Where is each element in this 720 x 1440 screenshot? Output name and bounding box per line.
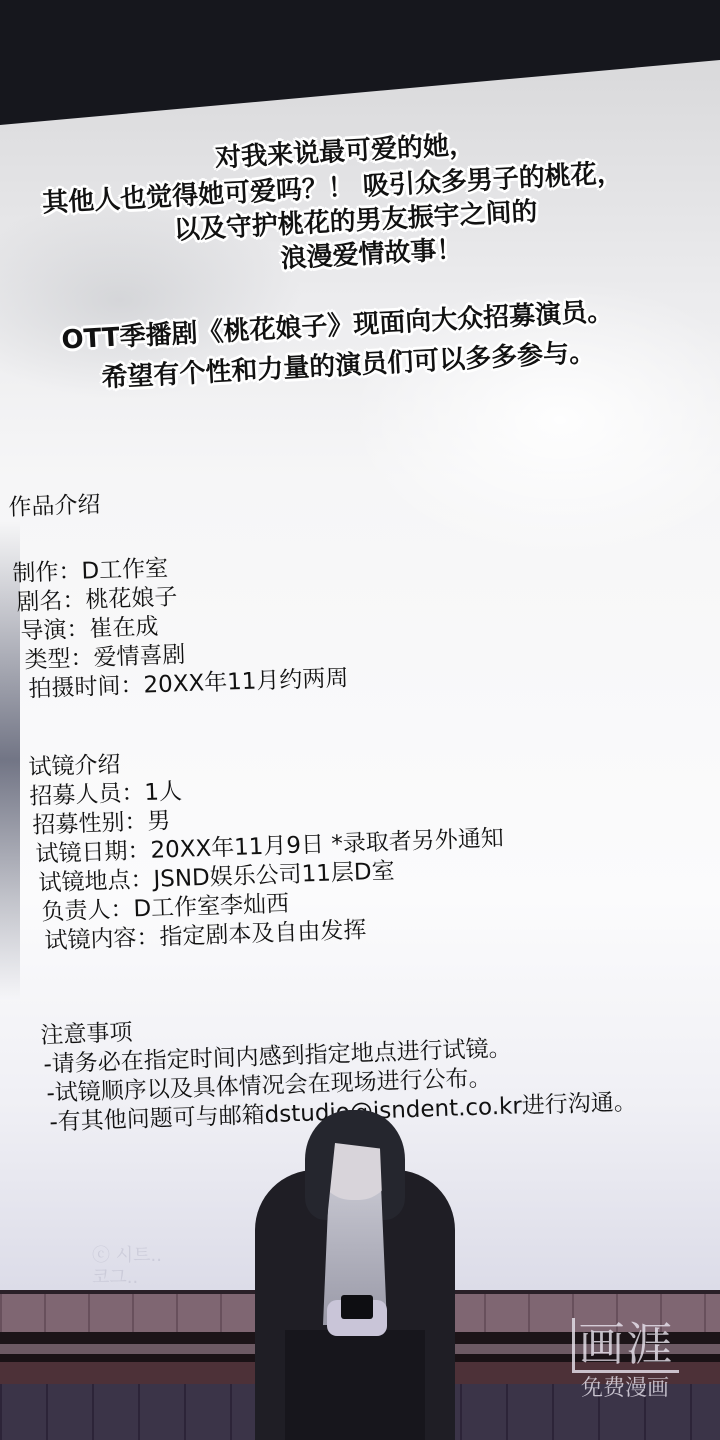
- work-intro-section: 作品介绍: [8, 491, 101, 523]
- app-watermark: 画涯 免费漫画: [560, 1318, 690, 1403]
- legs: [285, 1330, 425, 1440]
- seated-man-illustration: [255, 1120, 455, 1440]
- work-intro-details: 制作：D工作室 剧名：桃花娘子 导演：崔在成 类型：爱情喜剧 拍摄时间：20XX…: [12, 548, 349, 704]
- audition-intro-section: 试镜介绍 招募人员：1人 招募性别：男 试镜日期：20XX年11月9日 *录取者…: [28, 738, 507, 957]
- phone-icon: [341, 1295, 373, 1319]
- faint-watermark-line-1: ⓒ 시트..: [92, 1245, 162, 1267]
- work-intro-title: 作品介绍: [8, 491, 101, 523]
- watermark-brand: 画涯: [572, 1318, 679, 1373]
- faint-watermark-line-2: 코그..: [92, 1267, 162, 1289]
- faint-copyright-watermark: ⓒ 시트.. 코그..: [92, 1245, 162, 1289]
- watermark-subtitle: 免费漫画: [560, 1375, 690, 1403]
